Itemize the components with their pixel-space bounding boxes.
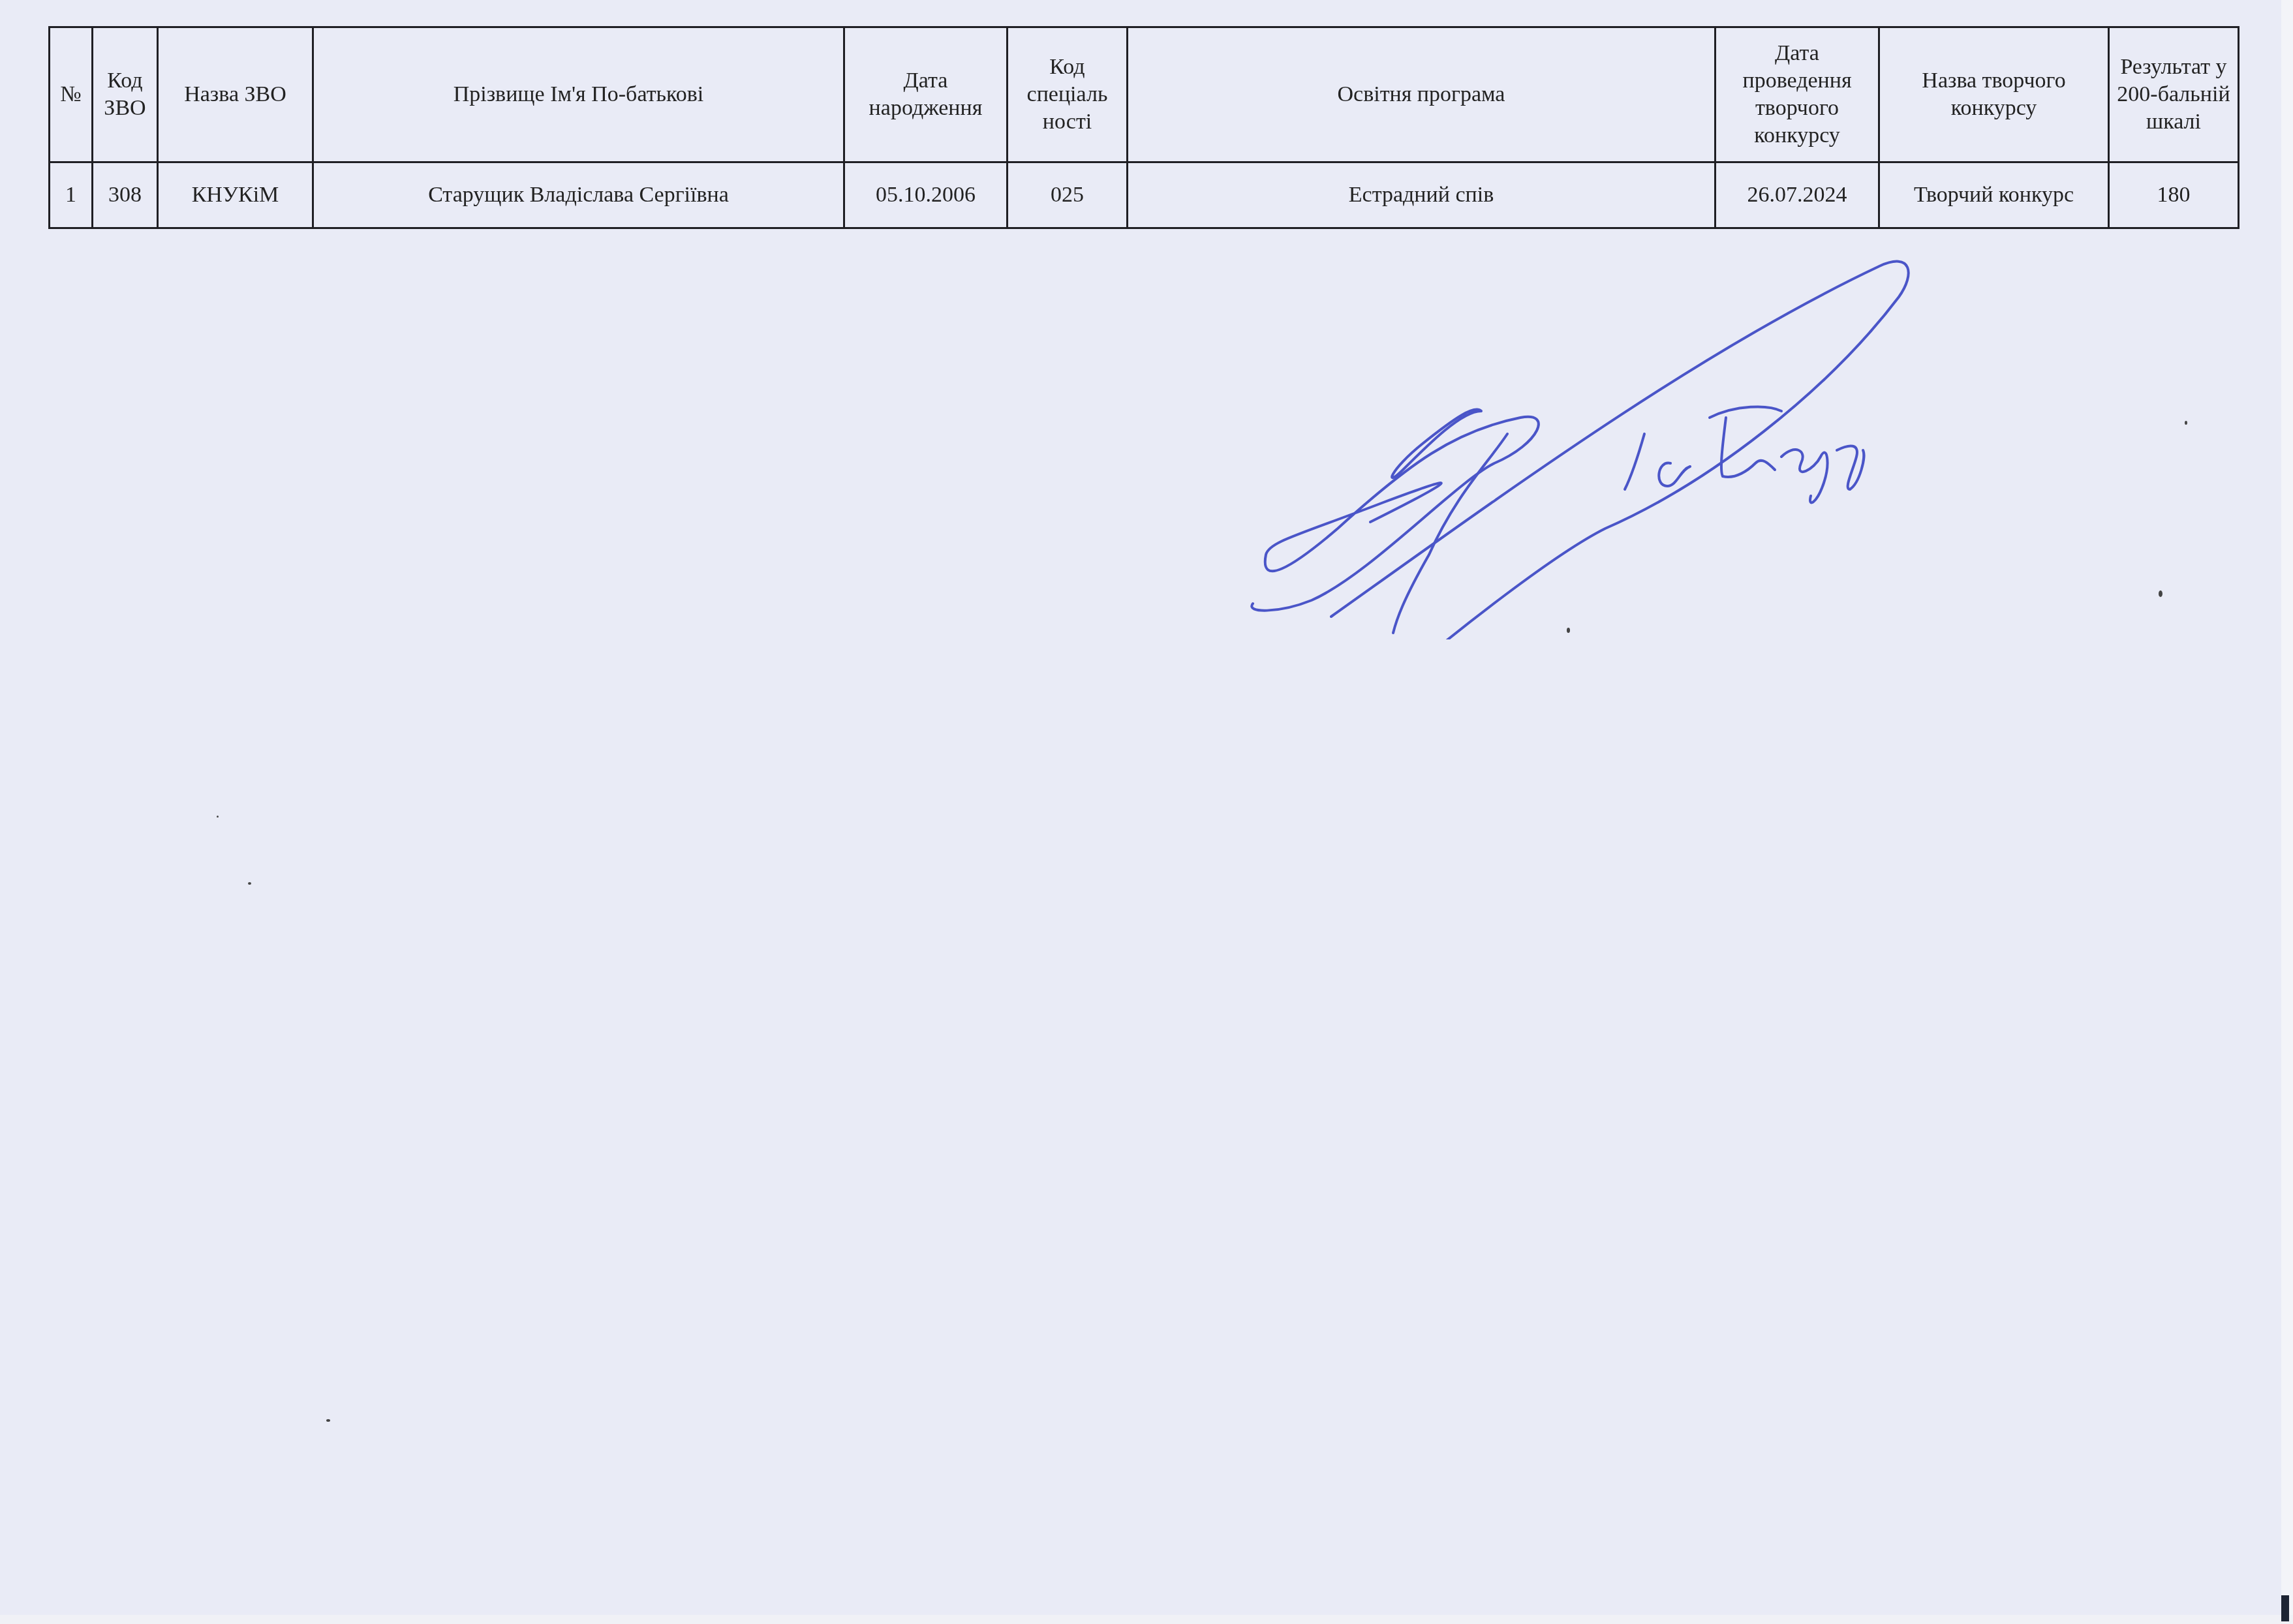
cell-contest-date: 26.07.2024 [1716,162,1879,228]
cell-score: 180 [2109,162,2239,228]
handwritten-signature [1240,248,2186,639]
cell-birth-date: 05.10.2006 [844,162,1008,228]
header-full-name: Прізвище Ім'я По-батькові [313,27,844,162]
scan-speck [1567,628,1570,633]
scan-speck [326,1419,330,1422]
scan-speck [217,816,219,818]
cell-institution-name: КНУКіМ [158,162,313,228]
cell-program: Естрадний спів [1128,162,1716,228]
header-contest-name: Назва творчого конкурсу [1879,27,2109,162]
header-contest-date: Дата проведення творчого конкурсу [1716,27,1879,162]
header-birth-date: Дата народження [844,27,1008,162]
scan-speck [248,882,251,885]
scan-corner-mark [2281,1595,2289,1621]
header-institution-code: Код ЗВО [93,27,158,162]
header-row: № Код ЗВО Назва ЗВО Прізвище Ім'я По-бат… [50,27,2239,162]
scan-page-edge-bottom [0,1615,2293,1624]
cell-specialty-code: 025 [1008,162,1128,228]
cell-contest-name: Творчий конкурс [1879,162,2109,228]
header-institution-name: Назва ЗВО [158,27,313,162]
table-row: 1 308 КНУКіМ Старущик Владіслава Сергіїв… [50,162,2239,228]
cell-number: 1 [50,162,93,228]
header-specialty-code: Код спеціаль ності [1008,27,1128,162]
scan-page-edge-right [2281,0,2293,1624]
header-score: Результат у 200-бальній шкалі [2109,27,2239,162]
cell-institution-code: 308 [93,162,158,228]
scan-speck [2159,590,2162,597]
header-number: № [50,27,93,162]
cell-full-name: Старущик Владіслава Сергіївна [313,162,844,228]
header-program: Освітня програма [1128,27,1716,162]
scan-speck [2185,421,2187,425]
results-table: № Код ЗВО Назва ЗВО Прізвище Ім'я По-бат… [48,26,2239,229]
